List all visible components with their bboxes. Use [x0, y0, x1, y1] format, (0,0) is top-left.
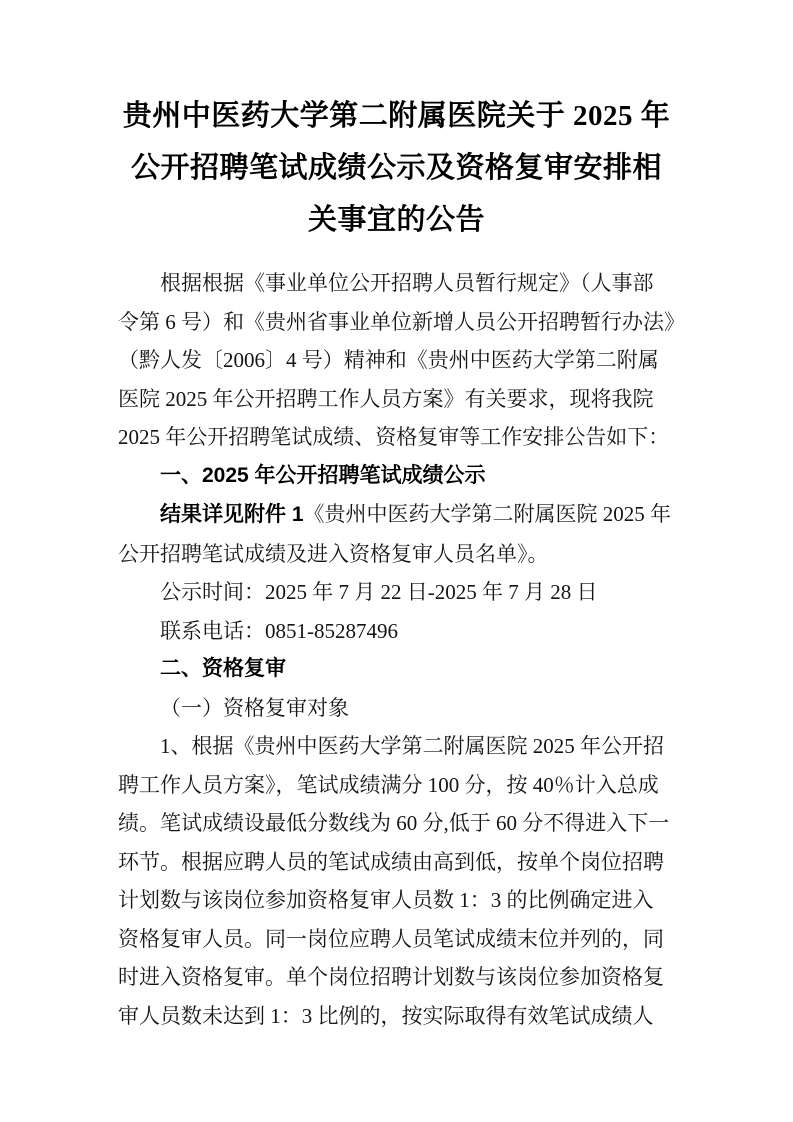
document-body: 根据根据《事业单位公开招聘人员暂行规定》（人事部令第 6 号）和《贵州省事业单位… — [118, 264, 683, 1035]
line-text: （一）资格复审对象 — [160, 696, 349, 720]
line-text: （黔人发〔2006〕4 号）精神和《贵州中医药大学第二附属 — [118, 348, 659, 372]
line-text: 令第 6 号）和《贵州省事业单位新增人员公开招聘暂行办法》 — [118, 310, 685, 334]
text-line: 公开招聘笔试成绩及进入资格复审人员名单》。 — [118, 535, 683, 574]
line-text: 公示时间：2025 年 7 月 22 日-2025 年 7 月 28 日 — [160, 580, 598, 604]
section-heading: 二、资格复审 — [118, 650, 683, 689]
text-line: （黔人发〔2006〕4 号）精神和《贵州中医药大学第二附属 — [118, 341, 683, 380]
line-text: 1、根据《贵州中医药大学第二附属医院 2025 年公开招 — [160, 734, 664, 758]
line-text: 二、资格复审 — [160, 657, 286, 680]
line-text: 公开招聘笔试成绩及进入资格复审人员名单》。 — [118, 542, 549, 566]
line-text: 《贵州中医药大学第二附属医院 2025 年 — [304, 502, 672, 526]
line-text: 时进入资格复审。单个岗位招聘计划数与该岗位参加资格复 — [118, 965, 664, 989]
line-text: 医院 2025 年公开招聘工作人员方案》有关要求，现将我院 — [118, 387, 654, 411]
title-line-1: 贵州中医药大学第二附属医院关于 2025 年 — [56, 90, 737, 142]
line-text: 环节。根据应聘人员的笔试成绩由高到低，按单个岗位招聘 — [118, 850, 664, 874]
line-text: 根据根据《事业单位公开招聘人员暂行规定》（人事部 — [160, 271, 654, 295]
text-line: 时进入资格复审。单个岗位招聘计划数与该岗位参加资格复 — [118, 958, 683, 997]
text-line: 审人员数未达到 1：3 比例的，按实际取得有效笔试成绩人 — [118, 997, 683, 1036]
bold-lead-in: 结果详见附件 1 — [160, 503, 304, 526]
text-line: 计划数与该岗位参加资格复审人员数 1：3 的比例确定进入 — [118, 881, 683, 920]
title-line-2: 公开招聘笔试成绩公示及资格复审安排相 — [56, 142, 737, 194]
line-text: 联系电话：0851-85287496 — [160, 619, 398, 643]
document-title: 贵州中医药大学第二附属医院关于 2025 年 公开招聘笔试成绩公示及资格复审安排… — [56, 90, 737, 246]
text-line: 公示时间：2025 年 7 月 22 日-2025 年 7 月 28 日 — [118, 573, 683, 612]
text-line: 根据根据《事业单位公开招聘人员暂行规定》（人事部 — [118, 264, 683, 303]
title-line-3: 关事宜的公告 — [56, 194, 737, 246]
text-line: 1、根据《贵州中医药大学第二附属医院 2025 年公开招 — [118, 727, 683, 766]
line-text: 资格复审人员。同一岗位应聘人员笔试成绩末位并列的，同 — [118, 927, 664, 951]
text-line: 绩。笔试成绩设最低分数线为 60 分,低于 60 分不得进入下一 — [118, 804, 683, 843]
line-text: 聘工作人员方案》，笔试成绩满分 100 分，按 40％计入总成 — [118, 773, 659, 797]
text-line: 2025 年公开招聘笔试成绩、资格复审等工作安排公告如下： — [118, 418, 683, 457]
text-line: 结果详见附件 1《贵州中医药大学第二附属医院 2025 年 — [118, 495, 683, 535]
text-line: 资格复审人员。同一岗位应聘人员笔试成绩末位并列的，同 — [118, 920, 683, 959]
line-text: 2025 年公开招聘笔试成绩、资格复审等工作安排公告如下： — [118, 425, 669, 449]
text-line: 聘工作人员方案》，笔试成绩满分 100 分，按 40％计入总成 — [118, 766, 683, 805]
text-line: 联系电话：0851-85287496 — [118, 612, 683, 651]
line-text: 审人员数未达到 1：3 比例的，按实际取得有效笔试成绩人 — [118, 1004, 654, 1028]
line-text: 绩。笔试成绩设最低分数线为 60 分,低于 60 分不得进入下一 — [118, 811, 669, 835]
line-text: 计划数与该岗位参加资格复审人员数 1：3 的比例确定进入 — [118, 888, 654, 912]
line-text: 一、2025 年公开招聘笔试成绩公示 — [160, 464, 486, 487]
text-line: 令第 6 号）和《贵州省事业单位新增人员公开招聘暂行办法》 — [118, 303, 683, 342]
section-heading: 一、2025 年公开招聘笔试成绩公示 — [118, 457, 683, 496]
document-page: 贵州中医药大学第二附属医院关于 2025 年 公开招聘笔试成绩公示及资格复审安排… — [0, 0, 793, 1122]
sub-section-heading: （一）资格复审对象 — [118, 689, 683, 728]
text-line: 环节。根据应聘人员的笔试成绩由高到低，按单个岗位招聘 — [118, 843, 683, 882]
text-line: 医院 2025 年公开招聘工作人员方案》有关要求，现将我院 — [118, 380, 683, 419]
